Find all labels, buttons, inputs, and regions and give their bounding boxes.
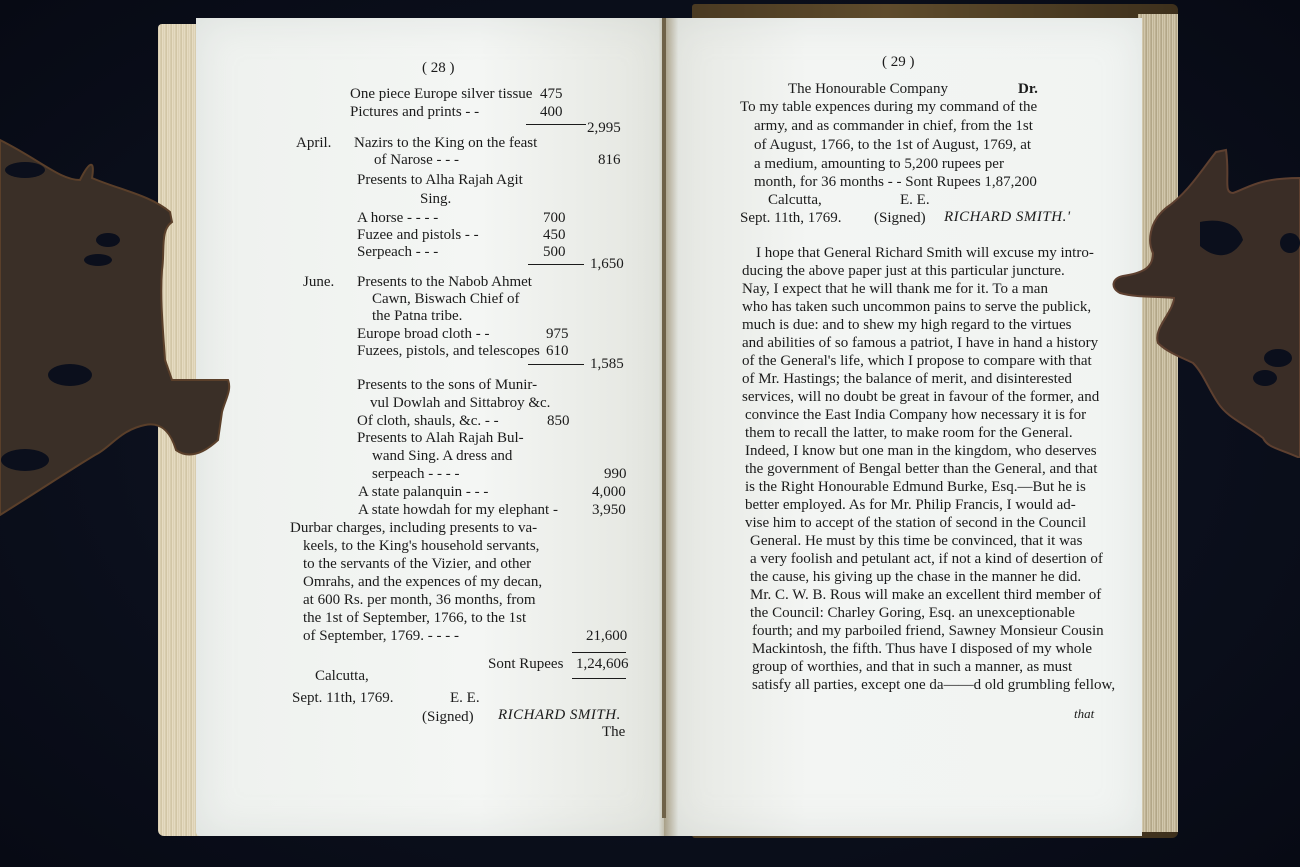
ledger-line: of September, 1769. - - - - bbox=[303, 626, 459, 647]
ledger-line: of Narose - - - bbox=[374, 150, 459, 171]
ledger-date: April. bbox=[296, 133, 331, 154]
sum-rule bbox=[528, 364, 584, 365]
ledger-amount: 610 bbox=[546, 341, 569, 362]
sum-rule bbox=[528, 264, 584, 265]
date-signed-left: Sept. 11th, 1769. bbox=[292, 688, 394, 709]
place-left: Calcutta, bbox=[315, 666, 369, 687]
catchword-right: that bbox=[1074, 703, 1094, 724]
catchword-left: The bbox=[602, 722, 625, 743]
total-label: Sont Rupees bbox=[488, 654, 563, 675]
account-line: To my table expences during my command o… bbox=[740, 97, 1037, 118]
ledger-amount: 400 bbox=[540, 102, 563, 123]
initials-left: E. E. bbox=[450, 688, 480, 709]
page-clip-right-icon bbox=[1108, 148, 1300, 458]
ledger-subtotal: 2,995 bbox=[587, 118, 621, 139]
page-clip-left-icon bbox=[0, 130, 235, 520]
ledger-subtotal: 3,950 bbox=[592, 500, 626, 521]
signed-label-right: (Signed) bbox=[874, 208, 926, 229]
ledger-line: Serpeach - - - bbox=[357, 242, 438, 263]
book-gutter bbox=[662, 18, 666, 818]
signature-right: RICHARD SMITH.' bbox=[944, 207, 1071, 228]
date-signed-right: Sept. 11th, 1769. bbox=[740, 208, 842, 229]
total-value: 1,24,606 bbox=[576, 654, 629, 675]
ledger-subtotal: 1,650 bbox=[590, 254, 624, 275]
ledger-date: June. bbox=[303, 272, 334, 293]
account-line: of August, 1766, to the 1st of August, 1… bbox=[754, 135, 1031, 156]
ledger-subtotal: 1,585 bbox=[590, 354, 624, 375]
ledger-line: Fuzees, pistols, and telescopes bbox=[357, 341, 540, 362]
account-line: army, and as commander in chief, from th… bbox=[754, 116, 1033, 137]
signed-label-left: (Signed) bbox=[422, 707, 474, 728]
sum-rule bbox=[572, 652, 626, 653]
paragraph-line: satisfy all parties, except one da——d ol… bbox=[752, 675, 1115, 696]
ledger-amount: 500 bbox=[543, 242, 566, 263]
ledger-amount: 850 bbox=[547, 411, 570, 432]
ledger-line: Sing. bbox=[420, 189, 451, 210]
total-rule bbox=[572, 678, 626, 679]
ledger-subtotal: 816 bbox=[598, 150, 621, 171]
ledger-line: Pictures and prints - - bbox=[350, 102, 479, 123]
page-number-right: ( 29 ) bbox=[882, 54, 915, 71]
sum-rule bbox=[526, 124, 586, 125]
page-number-left: ( 28 ) bbox=[422, 60, 455, 77]
ledger-line: Presents to Alha Rajah Agit bbox=[357, 170, 523, 191]
ledger-subtotal: 21,600 bbox=[586, 626, 627, 647]
